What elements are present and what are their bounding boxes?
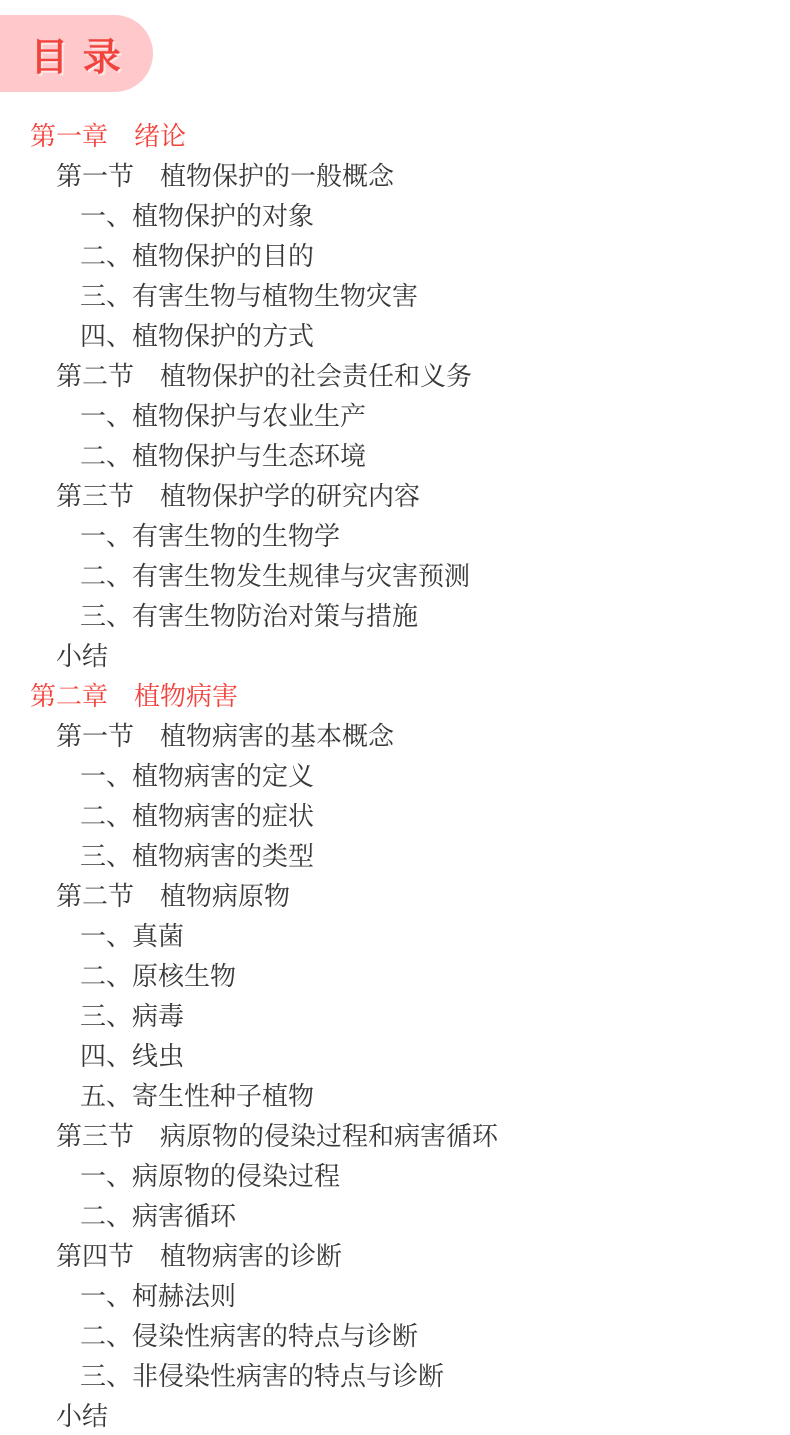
toc-item: 一、植物病害的定义 <box>0 754 790 794</box>
toc-item: 二、原核生物 <box>0 954 790 994</box>
toc-chapter: 第一章 绪论 <box>0 114 790 154</box>
toc-item: 一、有害生物的生物学 <box>0 514 790 554</box>
toc-item: 二、有害生物发生规律与灾害预测 <box>0 554 790 594</box>
toc-item: 四、线虫 <box>0 1034 790 1074</box>
toc-item: 三、有害生物防治对策与措施 <box>0 594 790 634</box>
toc-page: 目 录 第一章 绪论第一节 植物保护的一般概念一、植物保护的对象二、植物保护的目… <box>0 0 790 1435</box>
toc-item: 二、植物保护的目的 <box>0 234 790 274</box>
toc-item: 一、病原物的侵染过程 <box>0 1154 790 1194</box>
toc-section: 第二节 植物保护的社会责任和义务 <box>0 354 790 394</box>
toc-section: 第一节 植物病害的基本概念 <box>0 714 790 754</box>
toc-summary: 小结 <box>0 1394 790 1434</box>
toc-item: 五、寄生性种子植物 <box>0 1074 790 1114</box>
toc-section: 第四节 植物病害的诊断 <box>0 1234 790 1274</box>
toc-item: 三、植物病害的类型 <box>0 834 790 874</box>
toc-section: 第三节 病原物的侵染过程和病害循环 <box>0 1114 790 1154</box>
toc-item: 四、植物保护的方式 <box>0 314 790 354</box>
toc-item: 一、植物保护的对象 <box>0 194 790 234</box>
toc-item: 二、侵染性病害的特点与诊断 <box>0 1314 790 1354</box>
toc-list: 第一章 绪论第一节 植物保护的一般概念一、植物保护的对象二、植物保护的目的三、有… <box>0 114 790 1434</box>
toc-section: 第一节 植物保护的一般概念 <box>0 154 790 194</box>
toc-chapter: 第二章 植物病害 <box>0 674 790 714</box>
page-title: 目 录 <box>30 26 123 81</box>
toc-item: 三、有害生物与植物生物灾害 <box>0 274 790 314</box>
toc-summary: 小结 <box>0 634 790 674</box>
toc-item: 三、非侵染性病害的特点与诊断 <box>0 1354 790 1394</box>
toc-item: 二、植物病害的症状 <box>0 794 790 834</box>
toc-header-pill: 目 录 <box>0 15 153 92</box>
toc-section: 第三节 植物保护学的研究内容 <box>0 474 790 514</box>
toc-item: 二、病害循环 <box>0 1194 790 1234</box>
toc-item: 一、真菌 <box>0 914 790 954</box>
toc-item: 二、植物保护与生态环境 <box>0 434 790 474</box>
toc-section: 第二节 植物病原物 <box>0 874 790 914</box>
toc-item: 三、病毒 <box>0 994 790 1034</box>
toc-item: 一、柯赫法则 <box>0 1274 790 1314</box>
toc-item: 一、植物保护与农业生产 <box>0 394 790 434</box>
